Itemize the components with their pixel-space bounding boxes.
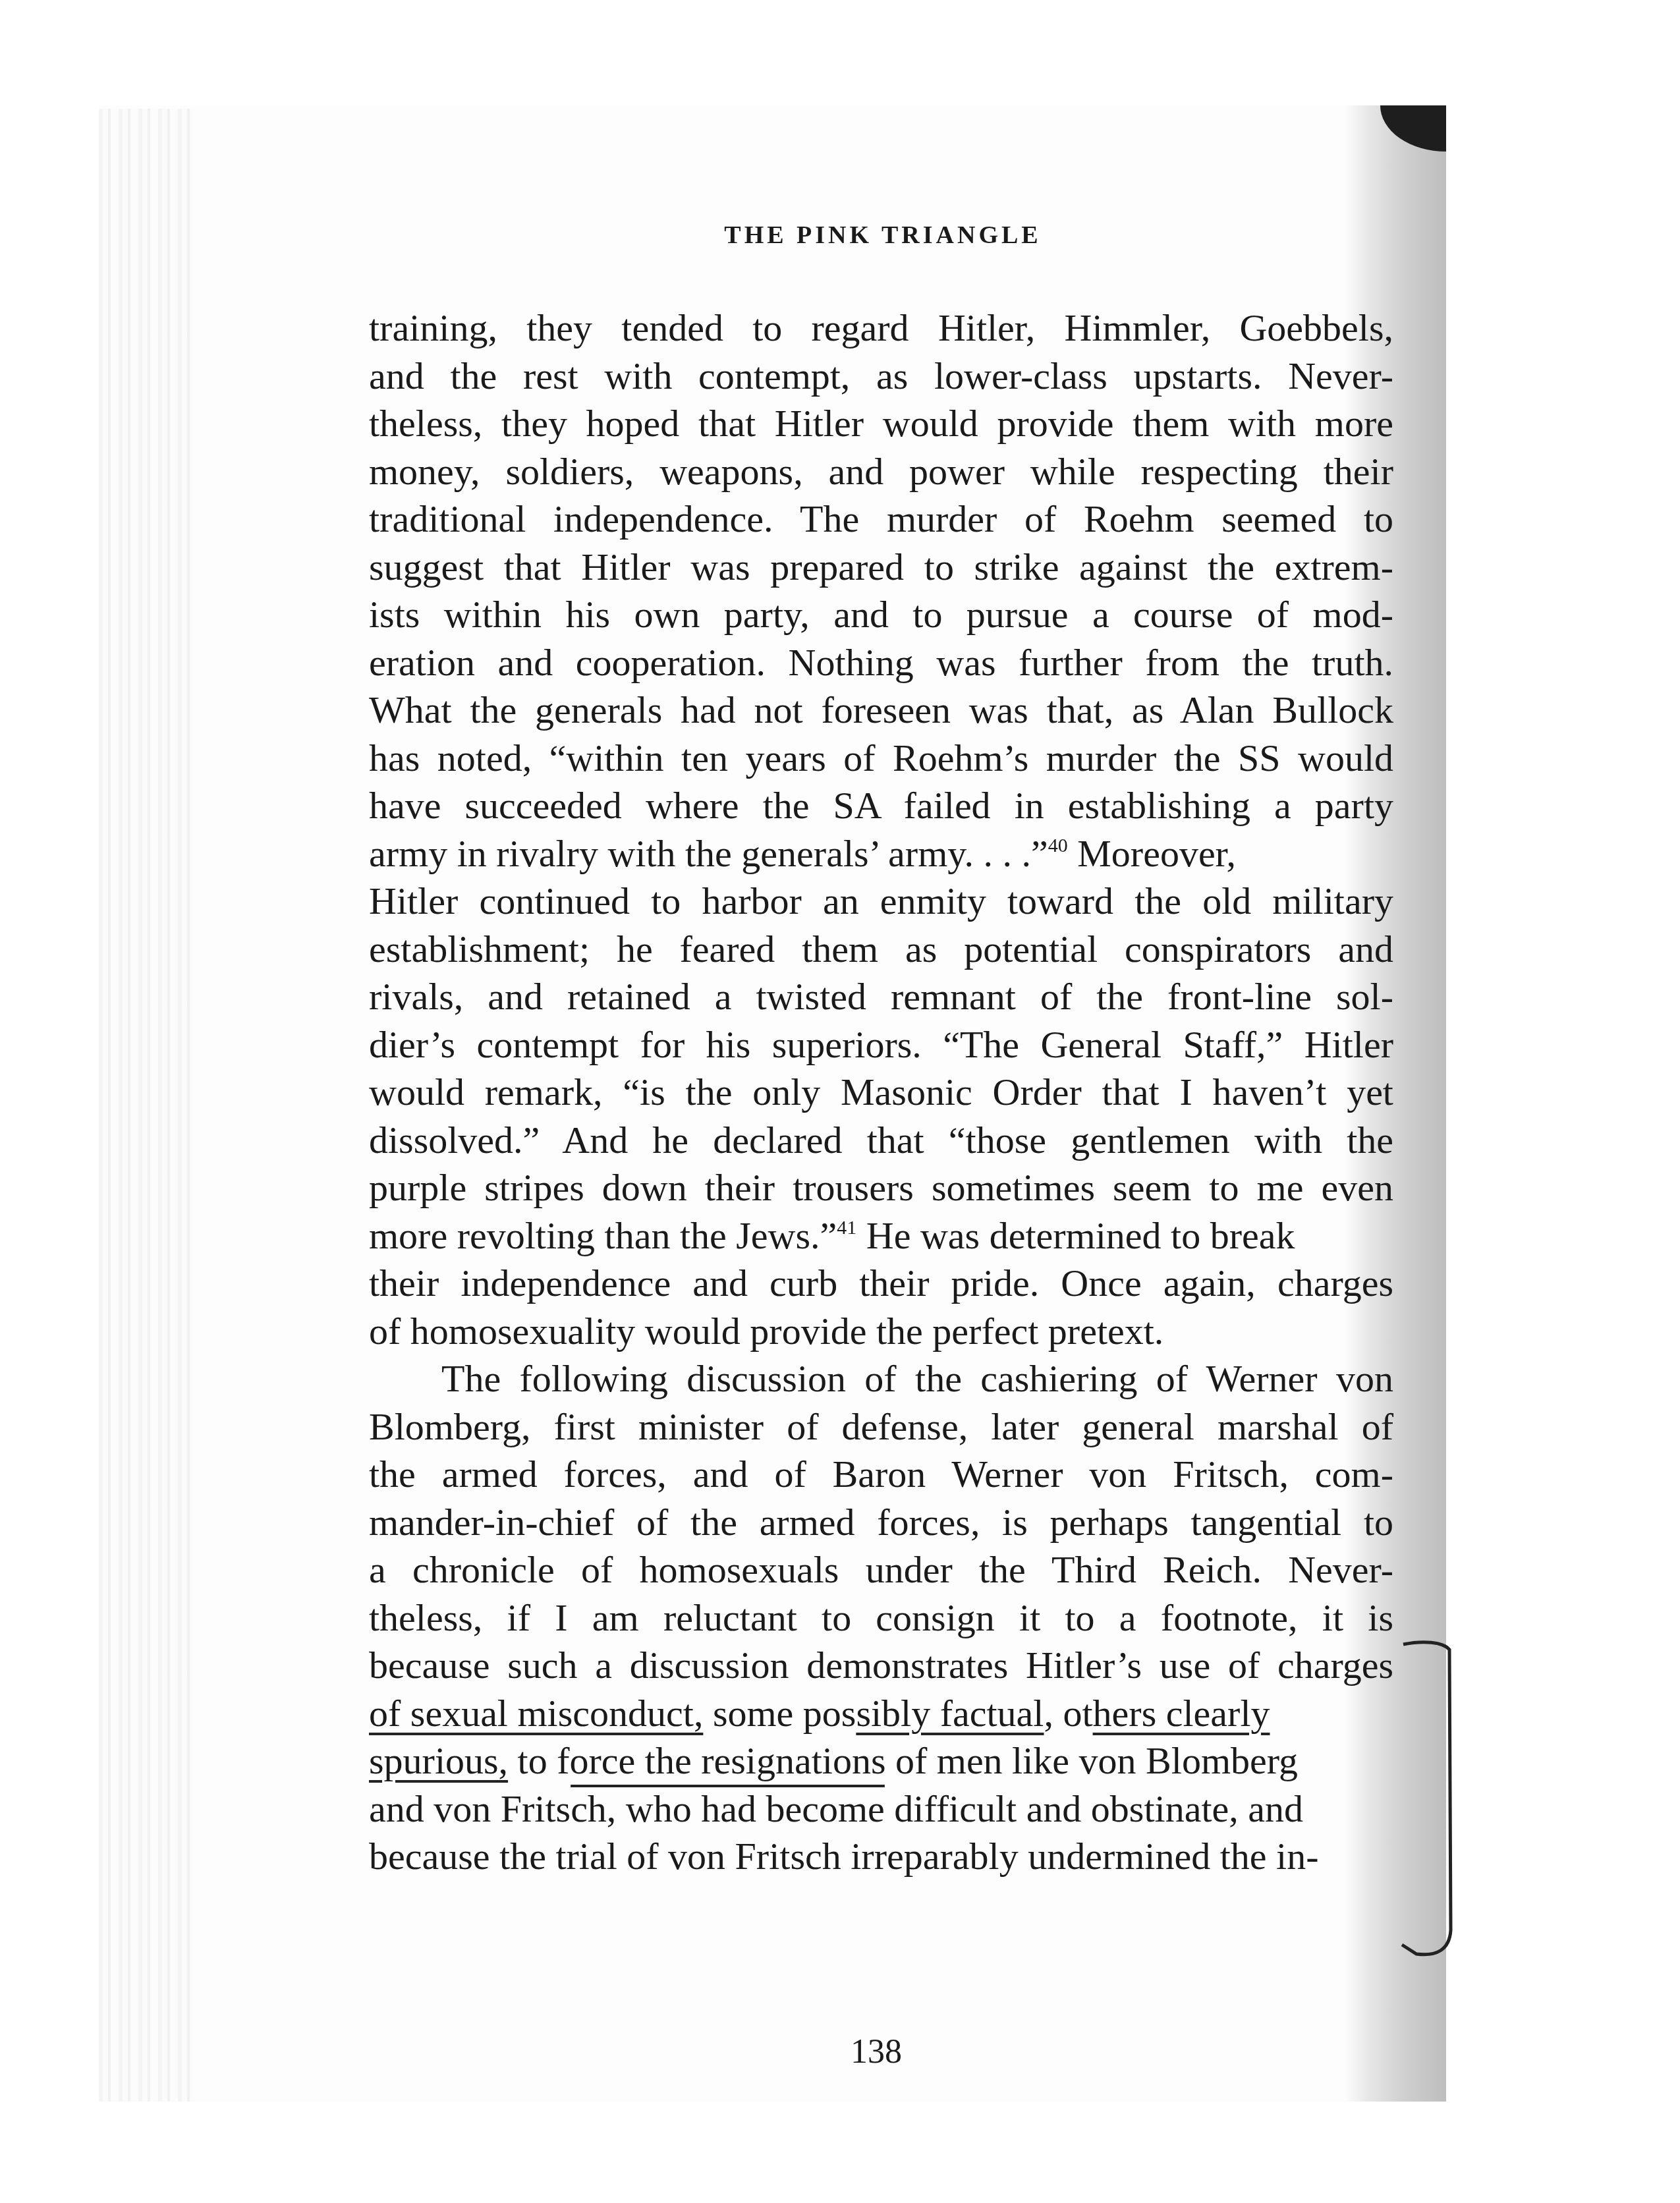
running-head: THE PINK TRIANGLE bbox=[0, 221, 1680, 250]
text-line: ists within his own party, and to pursue… bbox=[369, 591, 1393, 639]
text-line: has noted, “within ten years of Roehm’s … bbox=[369, 735, 1393, 783]
text-line: mander-in-chief of the armed forces, is … bbox=[369, 1499, 1393, 1547]
text-line: traditional independence. The murder of … bbox=[369, 495, 1393, 544]
facing-page-edge bbox=[99, 109, 194, 2102]
footnote-ref[interactable]: 41 bbox=[837, 1217, 856, 1239]
overlined-phrase: ch, who had become bbox=[571, 1787, 885, 1830]
text-line: the armed forces, and of Baron Werner vo… bbox=[369, 1451, 1393, 1499]
text-line: dissolved.” And he declared that “those … bbox=[369, 1117, 1393, 1165]
text-line: army in rivalry with the generals’ army.… bbox=[369, 830, 1393, 878]
text-line: eration and cooperation. Nothing was fur… bbox=[369, 639, 1393, 687]
text-line: a chronicle of homosexuals under the Thi… bbox=[369, 1546, 1393, 1594]
text-line: purple stripes down their trousers somet… bbox=[369, 1164, 1393, 1212]
text-line: rivals, and retained a twisted remnant o… bbox=[369, 973, 1393, 1021]
text-line: Hitler continued to harbor an enmity tow… bbox=[369, 878, 1393, 926]
text-line: because such a discussion demonstrates H… bbox=[369, 1642, 1393, 1690]
text-line: training, they tended to regard Hitler, … bbox=[369, 304, 1393, 352]
text-line: The following discussion of the cashieri… bbox=[369, 1355, 1393, 1403]
margin-bracket-annotation bbox=[1397, 1640, 1469, 1970]
underlined-phrase: sibly factual bbox=[856, 1692, 1044, 1735]
text-line: more revolting than the Jews.”41 He was … bbox=[369, 1212, 1393, 1260]
text-line: Blomberg, first minister of defense, lat… bbox=[369, 1403, 1393, 1451]
page-number: 138 bbox=[0, 2032, 1680, 2071]
text-line: money, soldiers, weapons, and power whil… bbox=[369, 448, 1393, 496]
text-line: their independence and curb their pride.… bbox=[369, 1260, 1393, 1308]
footnote-ref[interactable]: 40 bbox=[1048, 835, 1068, 856]
text-line: have succeeded where the SA failed in es… bbox=[369, 782, 1393, 830]
text-line: theless, they hoped that Hitler would pr… bbox=[369, 400, 1393, 448]
text-line: suggest that Hitler was prepared to stri… bbox=[369, 544, 1393, 592]
text-line: of homosexuality would provide the perfe… bbox=[369, 1308, 1393, 1356]
underlined-phrase: spurious, bbox=[369, 1739, 508, 1782]
underlined-phrase: of sexual misconduct, bbox=[369, 1692, 703, 1735]
text-line: establishment; he feared them as potenti… bbox=[369, 926, 1393, 974]
body-text: training, they tended to regard Hitler, … bbox=[369, 304, 1393, 1881]
text-line: theless, if I am reluctant to consign it… bbox=[369, 1594, 1393, 1642]
text-line: What the generals had not foreseen was t… bbox=[369, 686, 1393, 735]
text-line: would remark, “is the only Masonic Order… bbox=[369, 1069, 1393, 1117]
text-line: and von Fritsch, who had become difficul… bbox=[369, 1785, 1393, 1833]
text-line: because the trial of von Fritsch irrepar… bbox=[369, 1833, 1393, 1881]
text-line: spurious, to force the resignations of m… bbox=[369, 1737, 1393, 1785]
underlined-phrase: hers clearly bbox=[1093, 1692, 1270, 1735]
text-line: of sexual misconduct, some possibly fact… bbox=[369, 1690, 1393, 1738]
text-line: and the rest with contempt, as lower-cla… bbox=[369, 352, 1393, 401]
text-line: dier’s contempt for his superiors. “The … bbox=[369, 1021, 1393, 1069]
